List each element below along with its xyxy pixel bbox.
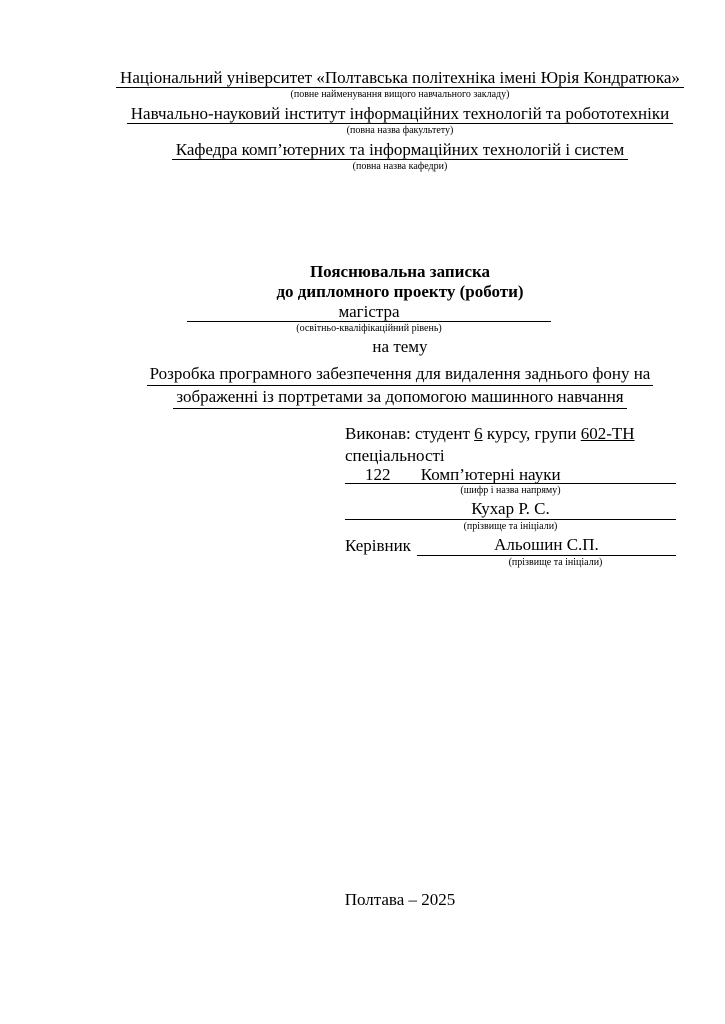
city-year: Полтава – 2025 xyxy=(345,890,456,909)
degree-value: магістра xyxy=(187,302,551,322)
department-name: Кафедра комп’ютерних та інформаційних те… xyxy=(172,140,629,160)
footer-block: Полтава – 2025 xyxy=(110,890,690,910)
performed-prefix: Виконав: студент xyxy=(345,424,474,443)
topic-block: Розробка програмного забезпечення для ви… xyxy=(110,363,690,409)
university-name: Національний університет «Полтавська пол… xyxy=(116,68,684,88)
supervisor-line: Керівник Альошин С.П. xyxy=(345,534,676,556)
specialty-name: Комп’ютерні науки xyxy=(421,465,561,484)
document-title-line1: Пояснювальна записка xyxy=(110,262,690,282)
student-name-line: Кухар Р. С. xyxy=(345,499,676,520)
student-name: Кухар Р. С. xyxy=(471,499,550,518)
specialty-label: спеціальності xyxy=(345,445,676,466)
specialty-code: 122 xyxy=(365,465,391,484)
student-caption: (прізвище та ініціали) xyxy=(345,522,676,532)
degree-caption: (освітньо-кваліфікаційний рівень) xyxy=(79,324,659,334)
document-page: Національний університет «Полтавська пол… xyxy=(0,0,725,1024)
institute-line: Навчально-науковий інститут інформаційни… xyxy=(110,104,690,124)
topic-intro: на тему xyxy=(110,337,690,357)
executor-block: Виконав: студент 6 курсу, групи 602-ТН с… xyxy=(345,423,676,568)
performed-mid: курсу, групи xyxy=(483,424,581,443)
supervisor-caption: (прізвище та ініціали) xyxy=(345,558,676,568)
document-title-line2: до дипломного проекту (роботи) xyxy=(110,282,690,302)
specialty-line: 122 Комп’ютерні науки xyxy=(345,466,676,484)
header-block: Національний університет «Полтавська пол… xyxy=(110,68,690,172)
topic-text-2: зображенні із портретами за допомогою ма… xyxy=(173,386,626,409)
topic-line-1: Розробка програмного забезпечення для ви… xyxy=(110,363,690,386)
university-caption: (повне найменування вищого навчального з… xyxy=(110,90,690,100)
supervisor-label: Керівник xyxy=(345,535,411,556)
course-number: 6 xyxy=(474,424,483,443)
title-block: Пояснювальна записка до дипломного проек… xyxy=(110,262,690,357)
university-line: Національний університет «Полтавська пол… xyxy=(110,68,690,88)
degree-line: магістра xyxy=(110,302,690,322)
institute-name: Навчально-науковий інститут інформаційни… xyxy=(127,104,673,124)
specialty-caption: (шифр і назва напряму) xyxy=(345,486,676,496)
topic-text-1: Розробка програмного забезпечення для ви… xyxy=(147,363,654,386)
department-line: Кафедра комп’ютерних та інформаційних те… xyxy=(110,140,690,160)
group-number: 602-ТН xyxy=(581,424,635,443)
topic-line-2: зображенні із портретами за допомогою ма… xyxy=(110,386,690,409)
performed-by-line: Виконав: студент 6 курсу, групи 602-ТН xyxy=(345,423,676,445)
department-caption: (повна назва кафедри) xyxy=(110,162,690,172)
institute-caption: (повна назва факультету) xyxy=(110,126,690,136)
supervisor-name: Альошин С.П. xyxy=(417,534,676,556)
